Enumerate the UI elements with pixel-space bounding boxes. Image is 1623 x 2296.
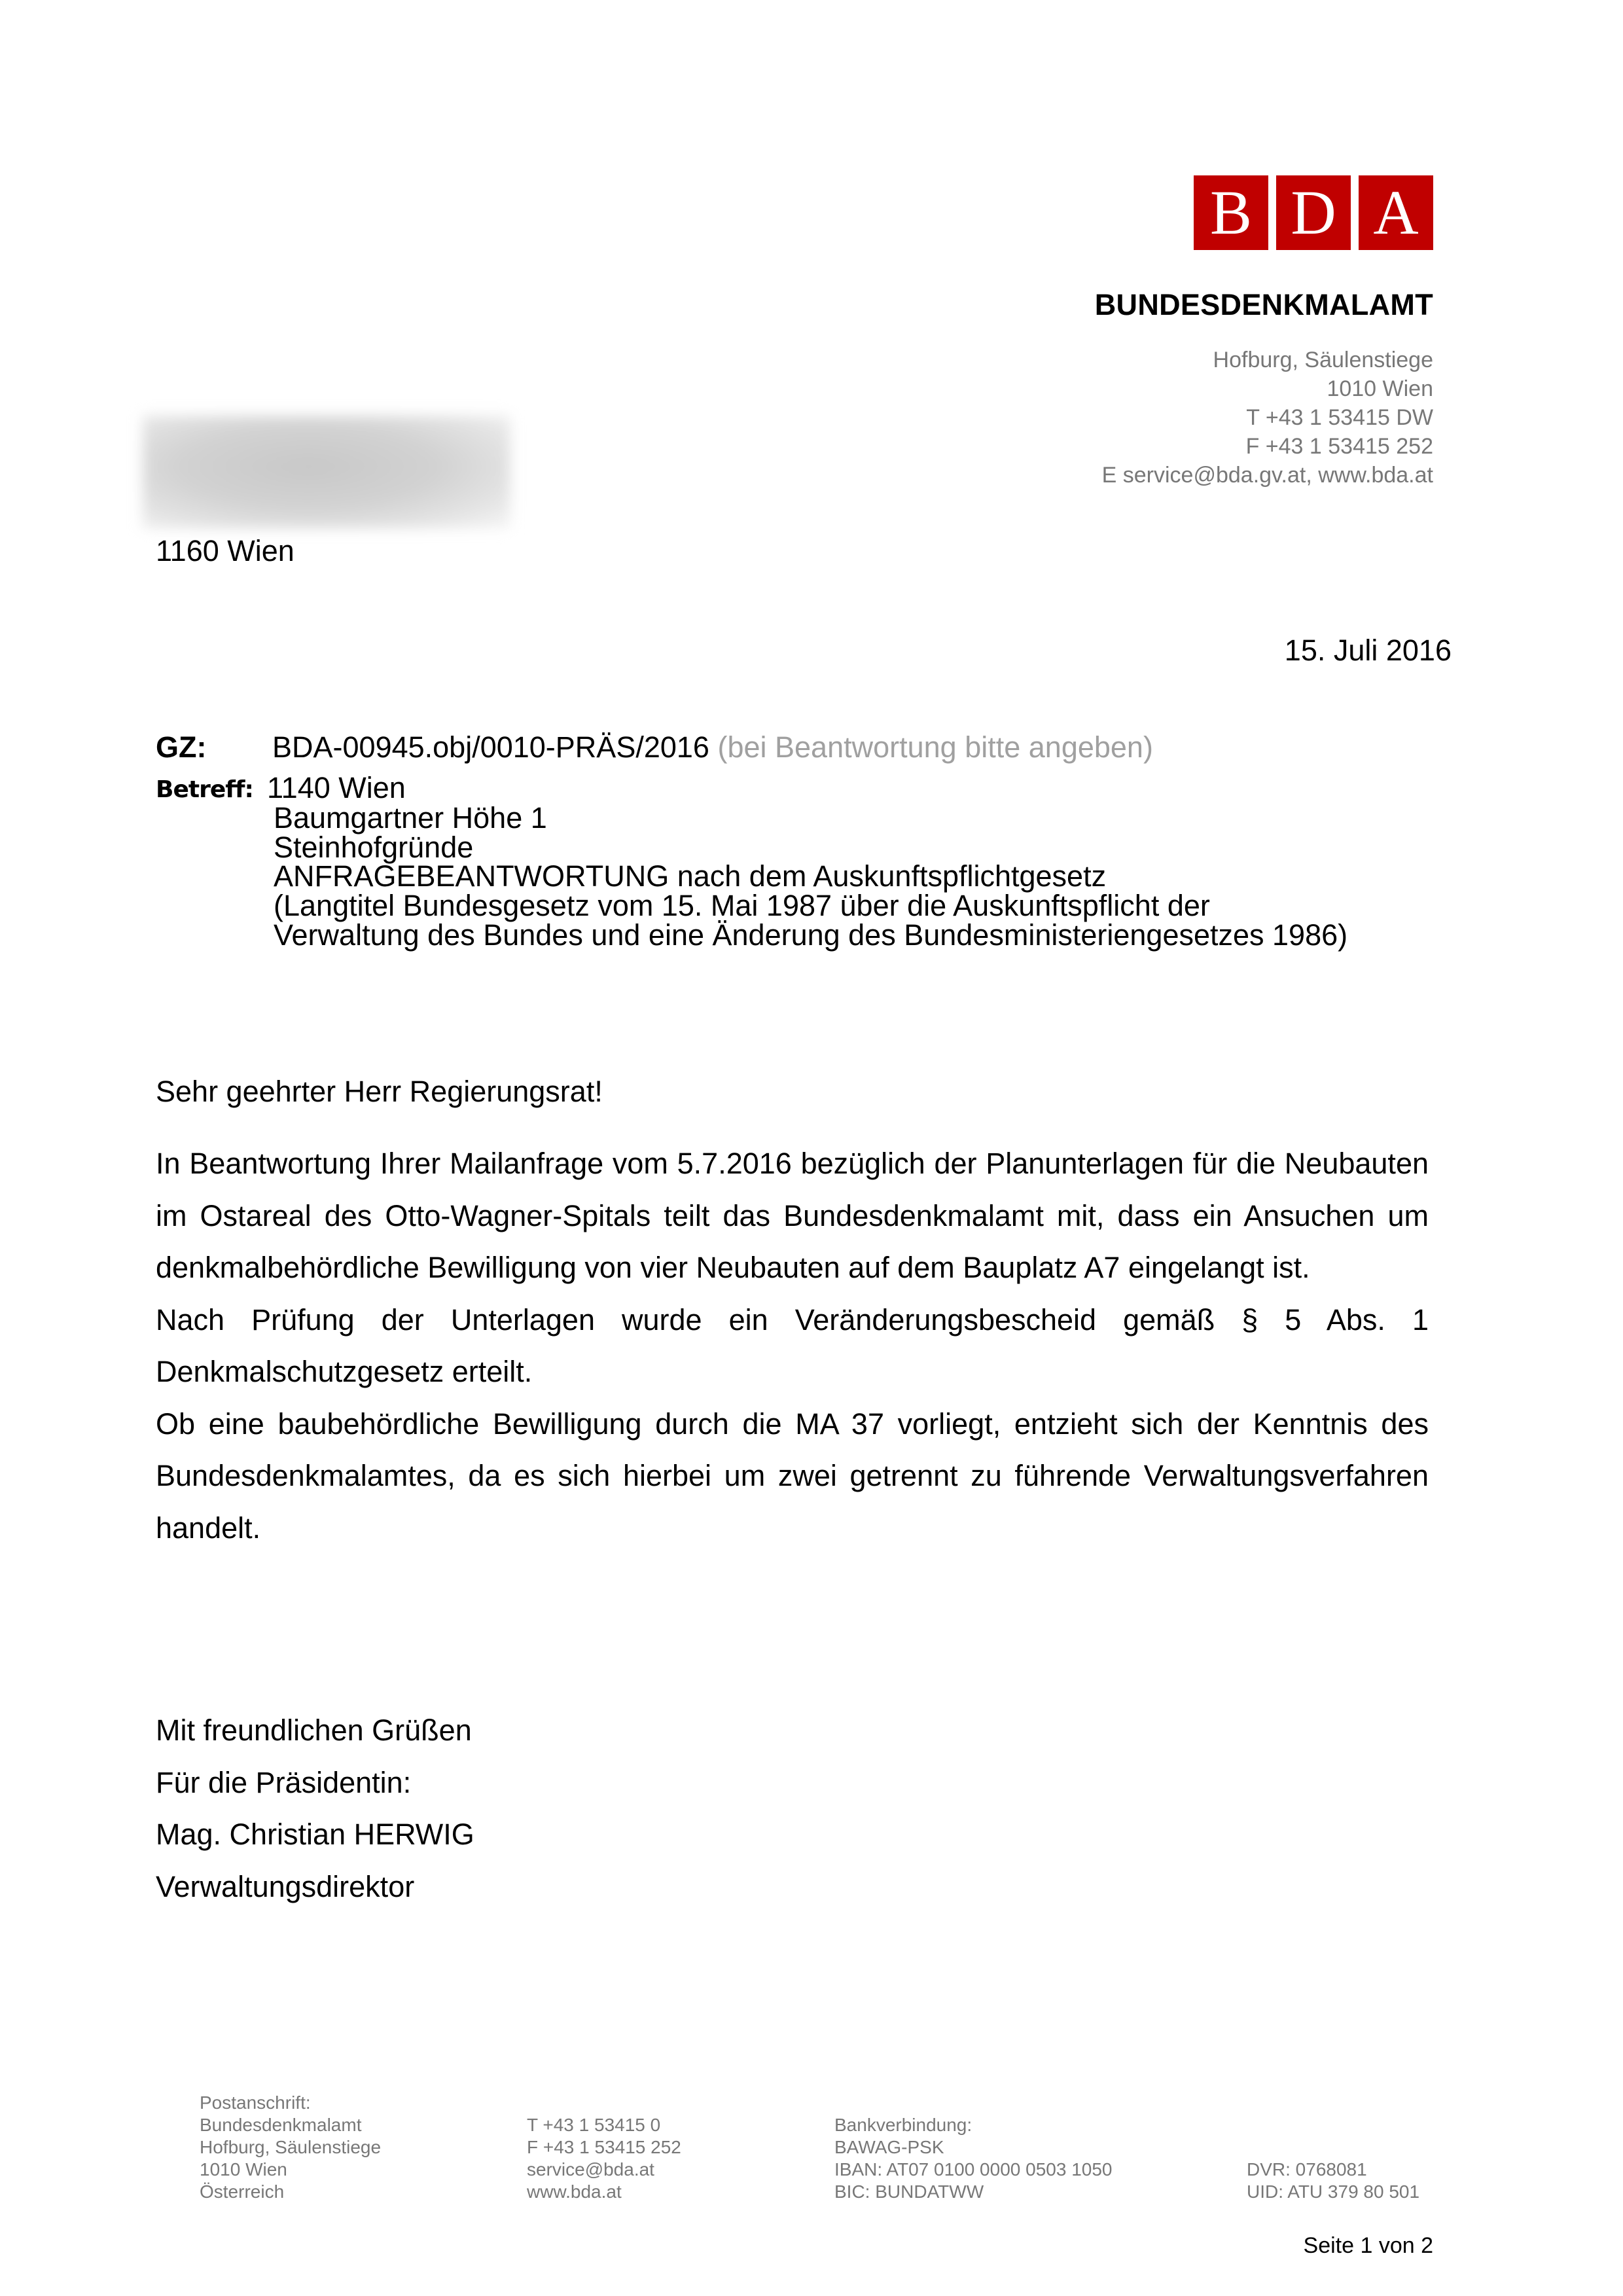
sender-fax: F +43 1 53415 252 (1102, 432, 1433, 461)
footer-bank-details: Bankverbindung: BAWAG-PSK IBAN: AT07 010… (834, 2092, 1112, 2203)
subject-line: Baumgartner Höhe 1 (274, 804, 1347, 833)
reference-note: (bei Beantwortung bitte angeben) (717, 730, 1152, 764)
sender-address-city: 1010 Wien (1102, 374, 1433, 403)
letter-date: 15. Juli 2016 (1285, 634, 1452, 668)
footer-line: DVR: 0768081 (1247, 2159, 1419, 2181)
body-paragraph: In Beantwortung Ihrer Mailanfrage vom 5.… (156, 1138, 1429, 1294)
footer-line: F +43 1 53415 252 (527, 2136, 681, 2159)
body-paragraph: Ob eine baubehördliche Bewilligung durch… (156, 1398, 1429, 1554)
footer-line: BIC: BUNDATWW (834, 2181, 1112, 2203)
signatory-name: Mag. Christian HERWIG (156, 1808, 474, 1861)
reference-number: BDA-00945.obj/0010-PRÄS/2016 (bei Beantw… (272, 730, 1153, 764)
body-paragraph: Nach Prüfung der Unterlagen wurde ein Ve… (156, 1294, 1429, 1398)
footer-line: T +43 1 53415 0 (527, 2114, 681, 2136)
logo-letter-d: D (1276, 175, 1351, 250)
footer-line (1247, 2114, 1419, 2136)
subject-lines: Baumgartner Höhe 1 Steinhofgründe ANFRAG… (274, 804, 1347, 950)
footer-line: Hofburg, Säulenstiege (200, 2136, 381, 2159)
footer-contact: T +43 1 53415 0 F +43 1 53415 252 servic… (527, 2092, 681, 2203)
organization-name: BUNDESDENKMALAMT (1095, 288, 1433, 322)
recipient-city: 1160 Wien (156, 534, 294, 568)
logo-letter-b: B (1194, 175, 1268, 250)
logo-letter-a: A (1359, 175, 1433, 250)
sender-address: Hofburg, Säulenstiege 1010 Wien T +43 1 … (1102, 346, 1433, 490)
footer-line: Bundesdenkmalamt (200, 2114, 381, 2136)
subject-line: Verwaltung des Bundes und eine Änderung … (274, 921, 1347, 950)
subject-first-line: 1140 Wien (267, 771, 406, 805)
footer-line: UID: ATU 379 80 501 (1247, 2181, 1419, 2203)
recipient-address-redacted (143, 416, 510, 529)
footer-line (1247, 2092, 1419, 2114)
closing-greeting: Mit freundlichen Grüßen (156, 1704, 474, 1757)
signatory-title: Verwaltungsdirektor (156, 1861, 474, 1913)
sender-phone: T +43 1 53415 DW (1102, 403, 1433, 432)
sender-email-web: E service@bda.gv.at, www.bda.at (1102, 461, 1433, 490)
reference-value: BDA-00945.obj/0010-PRÄS/2016 (272, 730, 709, 764)
bda-logo: B D A (1194, 175, 1433, 250)
footer-line: 1010 Wien (200, 2159, 381, 2181)
subject-line: (Langtitel Bundesgesetz vom 15. Mai 1987… (274, 891, 1347, 921)
footer-line: Bankverbindung: (834, 2114, 1112, 2136)
subject-line: Steinhofgründe (274, 833, 1347, 863)
footer-line (527, 2092, 681, 2114)
footer-line: Postanschrift: (200, 2092, 381, 2114)
closing-on-behalf: Für die Präsidentin: (156, 1757, 474, 1809)
salutation: Sehr geehrter Herr Regierungsrat! (156, 1075, 603, 1109)
reference-label: GZ: (156, 730, 206, 764)
sender-address-street: Hofburg, Säulenstiege (1102, 346, 1433, 374)
footer-line (1247, 2136, 1419, 2159)
footer-line: IBAN: AT07 0100 0000 0503 1050 (834, 2159, 1112, 2181)
footer-postal-address: Postanschrift: Bundesdenkmalamt Hofburg,… (200, 2092, 381, 2203)
letter-body: In Beantwortung Ihrer Mailanfrage vom 5.… (156, 1138, 1429, 1554)
page-number: Seite 1 von 2 (1304, 2233, 1433, 2259)
footer-registration-ids: DVR: 0768081 UID: ATU 379 80 501 (1247, 2092, 1419, 2203)
footer-line: www.bda.at (527, 2181, 681, 2203)
footer-line: Österreich (200, 2181, 381, 2203)
subject-label: Betreff: (156, 776, 253, 803)
closing-block: Mit freundlichen Grüßen Für die Präsiden… (156, 1704, 474, 1912)
footer-line: BAWAG-PSK (834, 2136, 1112, 2159)
footer-line: service@bda.at (527, 2159, 681, 2181)
subject-line: ANFRAGEBEANTWORTUNG nach dem Auskunftspf… (274, 862, 1347, 891)
footer-line (834, 2092, 1112, 2114)
